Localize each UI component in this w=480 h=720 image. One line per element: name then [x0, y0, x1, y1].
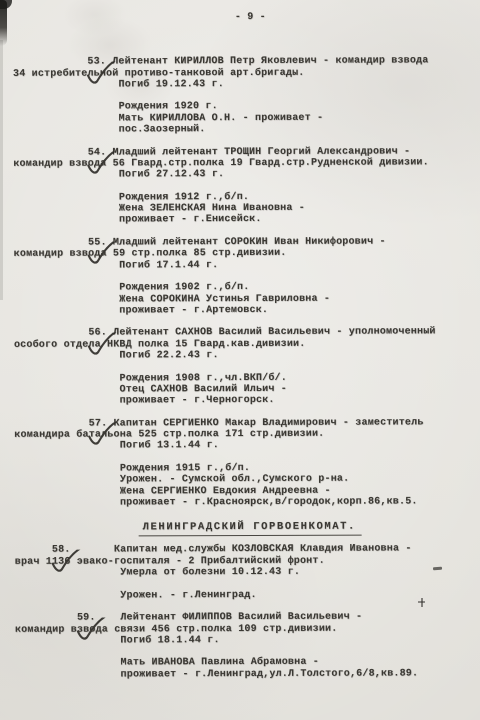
scan-left-streak [0, 40, 3, 300]
page-number: - 9 - [235, 11, 479, 23]
casualty-entries-section-1: 53. Лейтенант КИРИЛЛОВ Петр Яковлевич - … [13, 55, 480, 520]
scanned-document-page: - 9 - 53. Лейтенант КИРИЛЛОВ Петр Яковле… [0, 0, 480, 720]
typed-line [15, 507, 480, 520]
section-heading-row: ЛЕНИНГРАДСКИЙ ГОРВОЕНКОМАТ. [15, 521, 480, 536]
casualty-entries-section-2: 58. Капитан мед.службы КОЗЛОВСКАЯ Клавди… [15, 544, 480, 692]
section-heading: ЛЕНИНГРАДСКИЙ ГОРВОЕНКОМАТ. [139, 521, 362, 537]
scan-corner-blob [0, 0, 12, 9]
typewritten-content: - 9 - 53. Лейтенант КИРИЛЛОВ Петр Яковле… [13, 11, 480, 692]
typed-line [15, 679, 480, 692]
